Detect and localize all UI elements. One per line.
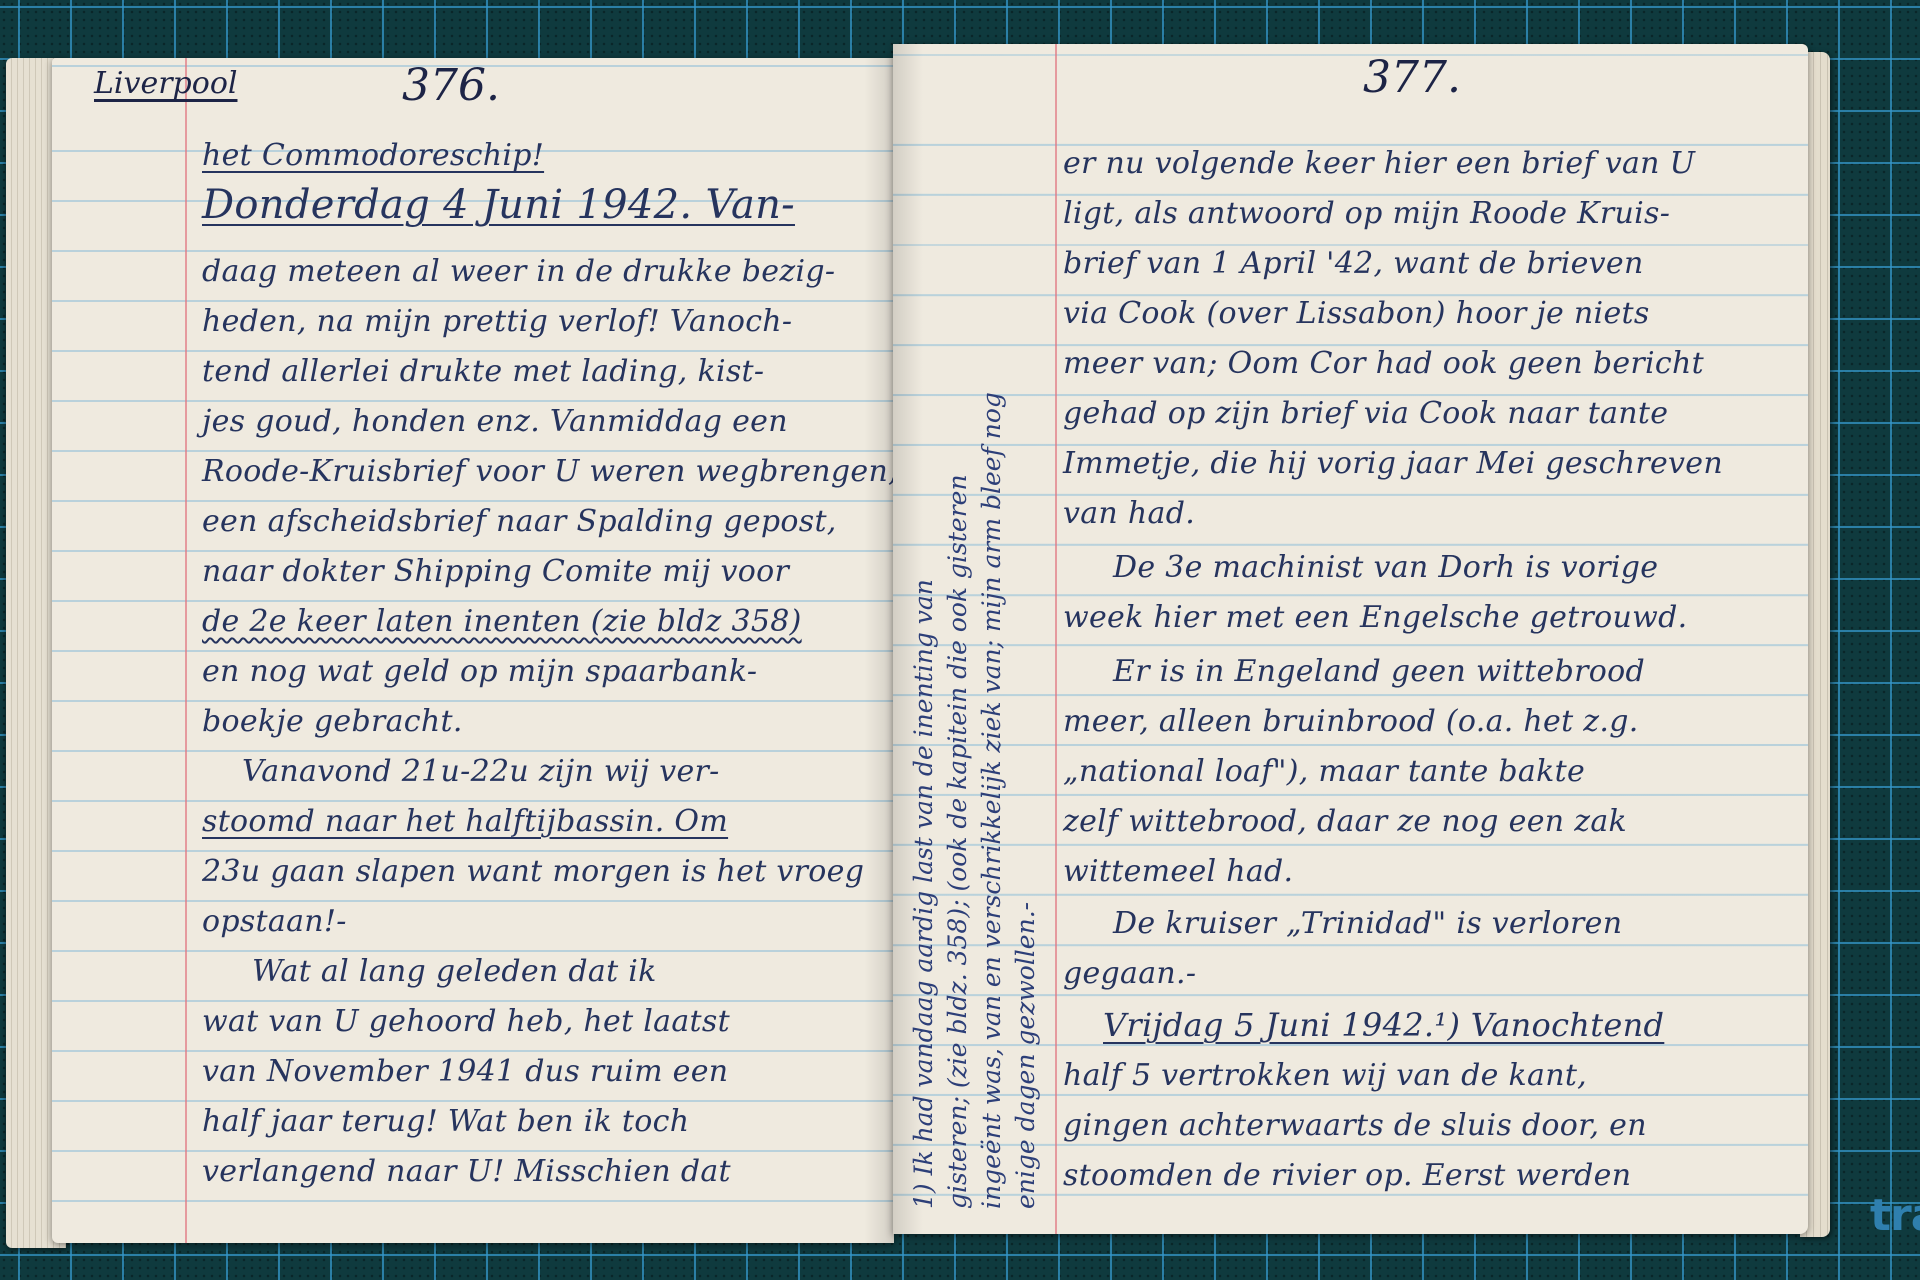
diary-line: brief van 1 April '42, want de brieven: [1063, 246, 1644, 281]
diary-line: boekje gebracht.: [202, 704, 463, 739]
diary-line: naar dokter Shipping Comite mij voor: [202, 554, 789, 589]
diary-line: het Commodoreschip!: [202, 138, 544, 173]
diary-line: verlangend naar U! Misschien dat: [202, 1154, 731, 1189]
footnote-line: enige dagen gezwollen.-: [1011, 902, 1040, 1209]
diary-line: wittemeel had.: [1063, 854, 1293, 889]
diary-line: gegaan.-: [1063, 956, 1196, 991]
diary-line: Vanavond 21u-22u zijn wij ver-: [242, 754, 720, 789]
diary-line: Wat al lang geleden dat ik: [252, 954, 657, 989]
date-heading: Vrijdag 5 Juni 1942.¹) Vanochtend: [1103, 1006, 1664, 1044]
diary-line: stoomden de rivier op. Eerst werden: [1063, 1158, 1631, 1193]
diary-line: half jaar terug! Wat ben ik toch: [202, 1104, 689, 1139]
diary-line: ligt, als antwoord op mijn Roode Kruis-: [1063, 196, 1670, 231]
diary-line: heden, na mijn prettig verlof! Vanoch-: [202, 304, 792, 339]
notebook-spread: Liverpool 376. het Commodoreschip! Donde…: [0, 0, 1920, 1280]
right-page-text: er nu volgende keer hier een brief van U…: [1063, 44, 1803, 1234]
diary-line: jes goud, honden enz. Vanmiddag een: [202, 404, 788, 439]
diary-line: gehad op zijn brief via Cook naar tante: [1063, 396, 1668, 431]
margin-footnote: 1) Ik had vandaag aardig last van de ine…: [909, 1209, 910, 1210]
diary-line: en nog wat geld op mijn spaarbank-: [202, 654, 757, 689]
diary-line: zelf wittebrood, daar ze nog een zak: [1063, 804, 1627, 839]
right-page-margin-line: [1055, 44, 1057, 1234]
footnote-line: ingeënt was, van en verschrikkelijk ziek…: [977, 392, 1006, 1209]
diary-line: daag meteen al weer in de drukke bezig-: [202, 254, 835, 289]
left-page-margin-line: [185, 58, 187, 1243]
left-page: Liverpool 376. het Commodoreschip! Donde…: [52, 58, 894, 1243]
left-page-text: het Commodoreschip! Donderdag 4 Juni 194…: [202, 58, 892, 1243]
diary-line: van had.: [1063, 496, 1195, 531]
diary-line: „national loaf"), maar tante bakte: [1063, 754, 1585, 789]
diary-line: tend allerlei drukte met lading, kist-: [202, 354, 764, 389]
diary-line: gingen achterwaarts de sluis door, en: [1063, 1108, 1647, 1143]
watermark-logo: tra: [1870, 1190, 1920, 1241]
diary-line: meer van; Oom Cor had ook geen bericht: [1063, 346, 1704, 381]
right-page: 377. 1) Ik had vandaag aardig last van d…: [893, 44, 1808, 1234]
footnote-line: 1) Ik had vandaag aardig last van de ine…: [909, 579, 938, 1209]
footnote-line: gisteren; (zie bldz. 358); (ook de kapit…: [943, 474, 972, 1209]
diary-line: meer, alleen bruinbrood (o.a. het z.g.: [1063, 704, 1639, 739]
date-heading: Donderdag 4 Juni 1942. Van-: [202, 182, 795, 228]
diary-line: opstaan!-: [202, 904, 347, 939]
diary-line: van November 1941 dus ruim een: [202, 1054, 728, 1089]
diary-line: een afscheidsbrief naar Spalding gepost,: [202, 504, 837, 539]
diary-line: Roode-Kruisbrief voor U weren wegbrengen…: [202, 454, 894, 489]
date-heading-text: Donderdag 4 Juni 1942. Van-: [202, 182, 795, 228]
diary-line: er nu volgende keer hier een brief van U: [1063, 146, 1695, 181]
diary-line: de 2e keer laten inenten (zie bldz 358): [202, 604, 802, 639]
diary-line: Er is in Engeland geen wittebrood: [1113, 654, 1645, 689]
diary-line: half 5 vertrokken wij van de kant,: [1063, 1058, 1587, 1093]
diary-line: De 3e machinist van Dorh is vorige: [1113, 550, 1658, 585]
diary-line: 23u gaan slapen want morgen is het vroeg: [202, 854, 864, 889]
diary-line: wat van U gehoord heb, het laatst: [202, 1004, 730, 1039]
diary-line: week hier met een Engelsche getrouwd.: [1063, 600, 1687, 635]
diary-line: via Cook (over Lissabon) hoor je niets: [1063, 296, 1650, 331]
diary-line: stoomd naar het halftijbassin. Om: [202, 804, 728, 839]
diary-line: Immetje, die hij vorig jaar Mei geschrev…: [1063, 446, 1723, 481]
diary-line: De kruiser „Trinidad" is verloren: [1113, 906, 1622, 941]
